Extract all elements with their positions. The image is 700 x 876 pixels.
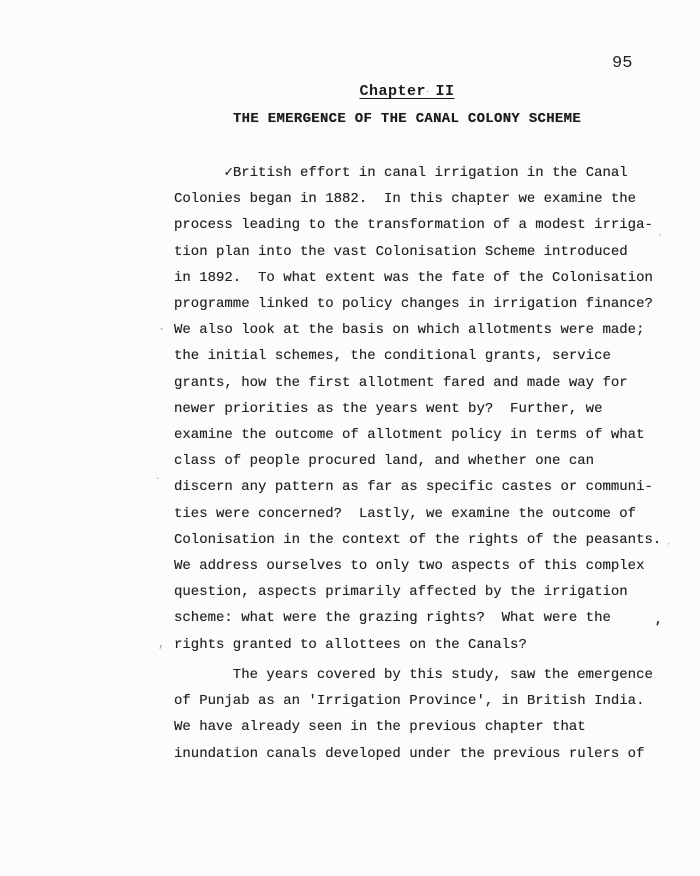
typewriter-mark: · <box>665 538 672 550</box>
body-paragraph-2: The years covered by this study, saw the… <box>174 662 653 767</box>
page-number: 95 <box>612 54 632 73</box>
chapter-heading-text: Chapter II <box>359 83 454 100</box>
typewriter-mark: · <box>424 86 431 98</box>
document-page: 95 Chapter II THE EMERGENCE OF THE CANAL… <box>0 0 700 876</box>
typewriter-mark: · <box>158 323 165 335</box>
body-paragraph-1: ✓British effort in canal irrigation in t… <box>174 160 661 658</box>
document-title: THE EMERGENCE OF THE CANAL COLONY SCHEME <box>170 111 644 127</box>
typewriter-mark: · <box>656 229 663 241</box>
typewriter-mark: ` <box>154 477 161 489</box>
chapter-heading: Chapter II <box>174 83 640 100</box>
typewriter-mark: , <box>158 638 165 650</box>
